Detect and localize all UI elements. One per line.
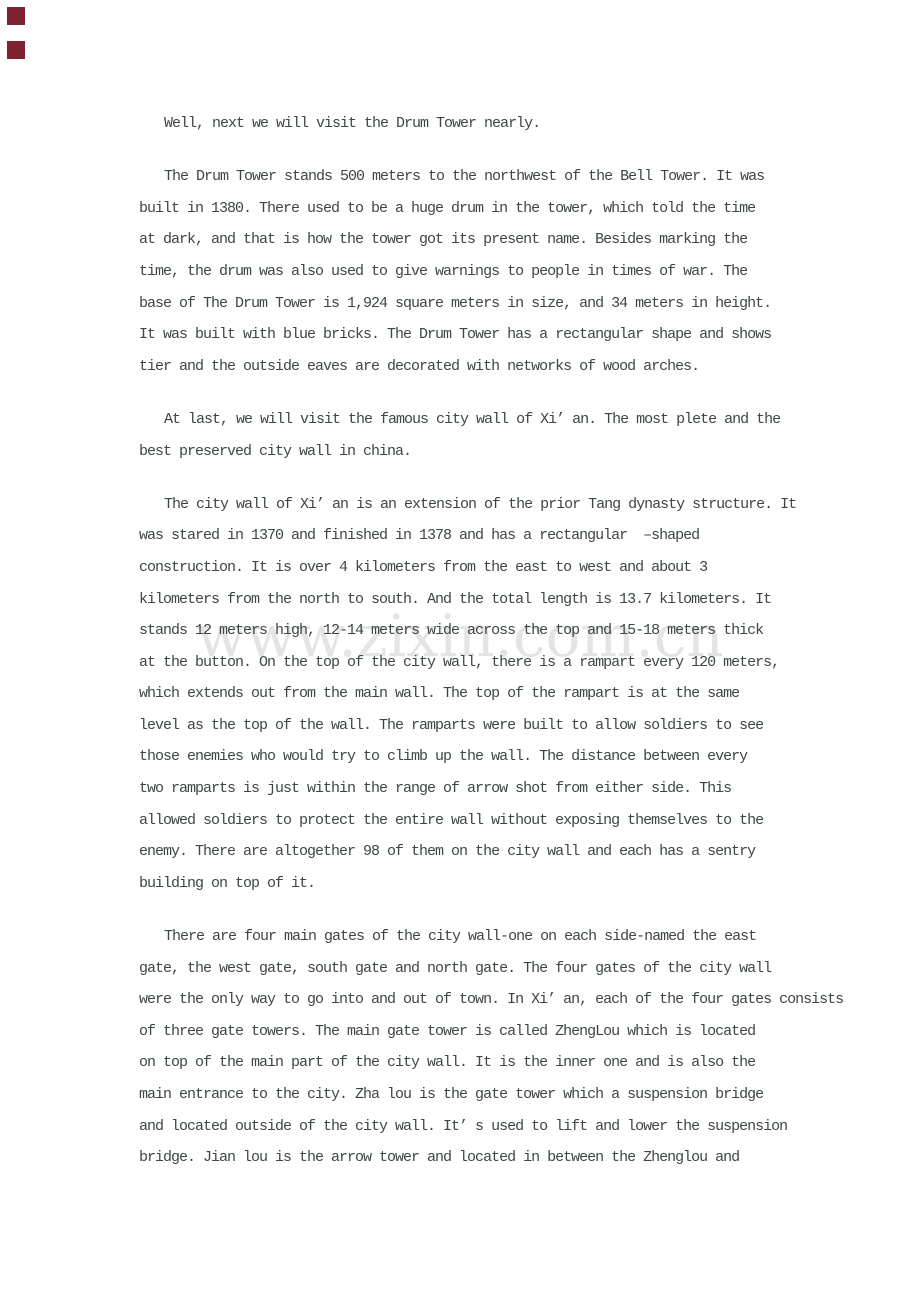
text-line: two ramparts is just within the range of… (139, 773, 920, 805)
document-body: Well, next we will visit the Drum Tower … (139, 108, 920, 1174)
paragraph-intro: Well, next we will visit the Drum Tower … (139, 108, 920, 140)
text-line: construction. It is over 4 kilometers fr… (139, 552, 920, 584)
text-line: bridge. Jian lou is the arrow tower and … (139, 1142, 920, 1174)
text-line: The city wall of Xi’ an is an extension … (139, 489, 920, 521)
paragraph-city-wall: The city wall of Xi’ an is an extension … (139, 489, 920, 900)
text-line: base of The Drum Tower is 1,924 square m… (139, 288, 920, 320)
text-line: and located outside of the city wall. It… (139, 1111, 920, 1143)
text-line: gate, the west gate, south gate and nort… (139, 953, 920, 985)
text-line: which extends out from the main wall. Th… (139, 678, 920, 710)
document-page: www.zixin.com.cn Well, next we will visi… (0, 0, 920, 1302)
text-line: Well, next we will visit the Drum Tower … (139, 108, 920, 140)
text-line: on top of the main part of the city wall… (139, 1047, 920, 1079)
text-line: There are four main gates of the city wa… (139, 921, 920, 953)
text-line: enemy. There are altogether 98 of them o… (139, 836, 920, 868)
text-line: main entrance to the city. Zha lou is th… (139, 1079, 920, 1111)
text-line: were the only way to go into and out of … (139, 984, 920, 1016)
text-line: those enemies who would try to climb up … (139, 741, 920, 773)
text-line: building on top of it. (139, 868, 920, 900)
text-line: kilometers from the north to south. And … (139, 584, 920, 616)
text-line: The Drum Tower stands 500 meters to the … (139, 161, 920, 193)
text-line: At last, we will visit the famous city w… (139, 404, 920, 436)
text-line: level as the top of the wall. The rampar… (139, 710, 920, 742)
text-line: of three gate towers. The main gate towe… (139, 1016, 920, 1048)
text-line: tier and the outside eaves are decorated… (139, 351, 920, 383)
text-line: stands 12 meters high, 12-14 meters wide… (139, 615, 920, 647)
text-line: It was built with blue bricks. The Drum … (139, 319, 920, 351)
paragraph-at-last: At last, we will visit the famous city w… (139, 404, 920, 467)
text-line: allowed soldiers to protect the entire w… (139, 805, 920, 837)
text-line: was stared in 1370 and finished in 1378 … (139, 520, 920, 552)
text-line: at dark, and that is how the tower got i… (139, 224, 920, 256)
red-square-marker-top (7, 7, 25, 25)
paragraph-drum-tower: The Drum Tower stands 500 meters to the … (139, 161, 920, 382)
paragraph-four-gates: There are four main gates of the city wa… (139, 921, 920, 1174)
red-square-marker-bottom (7, 41, 25, 59)
text-line: best preserved city wall in china. (139, 436, 920, 468)
text-line: time, the drum was also used to give war… (139, 256, 920, 288)
text-line: at the button. On the top of the city wa… (139, 647, 920, 679)
text-line: built in 1380. There used to be a huge d… (139, 193, 920, 225)
